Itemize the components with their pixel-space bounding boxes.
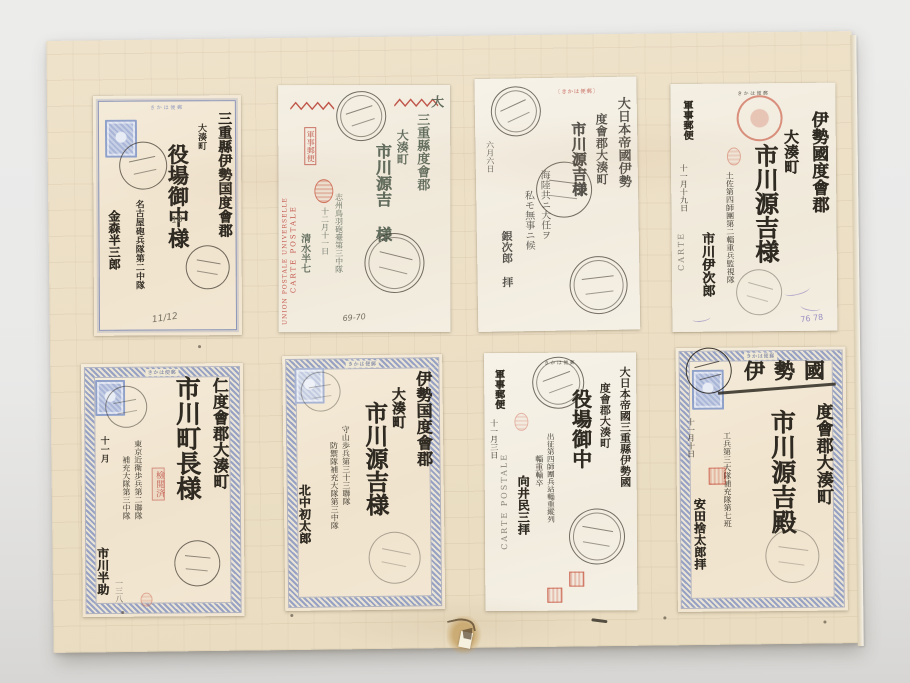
address-column: 大湊町 [196,123,205,150]
postcard-1: きかは便郵 三重縣伊勢国度會郡 大湊町 役場御中様 名古屋砲兵隊第二中隊 金森半… [93,95,242,336]
mount-dot [663,616,666,619]
photo-backdrop: きかは便郵 三重縣伊勢国度會郡 大湊町 役場御中様 名古屋砲兵隊第二中隊 金森半… [0,0,910,683]
recipient-name-column: 市川源吉様 [361,401,386,516]
address-column: 大湊町 [396,129,408,165]
address-column: 大日本帝國伊勢 [615,97,630,188]
hagaki-header-red-text: 〔きかは便郵〕 [555,86,599,95]
sender-column: 出征第四師團兵站輜重縱列 [546,433,554,523]
signature-column: 銀次郎 拝 [501,230,513,287]
postcard-4: きかは便郵 軍事郵便 伊勢國度會郡 大湊町 市川源吉様 土佐第四師團第二輜重兵監… [670,83,837,332]
sender-name-column: 向井民三拝 [517,475,530,535]
tear-mark [446,616,485,658]
pencil-note: 18 [171,215,183,226]
red-seal-icon [727,147,741,165]
postcard-7: きかは便郵 軍事郵便 十一月三日 CARTE POSTALE 大日本帝國三重縣伊… [484,352,637,611]
postmark-icon [731,264,788,321]
postcard-8: きかは便郵 伊勢國 度會郡大湊町 市川源吉殿 工兵第三大隊補充隊第七班 十一月十… [676,346,848,611]
sender-column: 補充大隊第三中隊 [122,456,131,520]
carte-postale-text: CARTE POSTALE [290,205,297,293]
note-column: 一三八 [114,579,122,603]
recipient-name-column: 役場御中様 [166,143,188,248]
ink-dash-mark [591,618,607,623]
postmark-icon [762,526,823,587]
postmark-icon [358,227,431,300]
red-seal-icon [141,593,153,607]
sender-column: 輜重輸卒 [535,455,543,487]
red-zigzag-ornament-icon [290,101,334,110]
postmark-icon [330,85,393,148]
sender-column: 守山歩兵第三十三聯隊 [341,425,350,505]
sender-column: 防禦隊補充大隊第三中隊 [329,441,338,529]
sender-name-column: 市川半助 [96,547,109,595]
address-column: 伊勢国度會郡 [414,370,431,466]
hagaki-header-text: きかは便郵 [150,103,184,111]
sender-name-column: 安田捨太郎拝 [693,498,706,570]
date-column: 十一月三日 [489,419,497,459]
mount-dot [121,611,124,614]
sender-column: 土佐第四師團第二輜重兵監視隊 [725,171,734,283]
postmark-icon [364,527,425,588]
censor-stamp: 檢閲済 [152,468,166,501]
recipient-name-column: 市川源吉様 [751,143,777,263]
date-column: 十一月 [98,436,107,463]
postcard-6: きかは便郵 伊勢国度會郡 大湊町 市川源吉様 守山歩兵第三十三聯隊 防禦隊補充大… [282,354,445,611]
address-column: 伊勢國度會郡 [808,111,826,213]
mount-dot [198,345,201,348]
carte-text: CARTE [678,232,686,271]
album-page: きかは便郵 三重縣伊勢国度會郡 大湊町 役場御中様 名古屋砲兵隊第二中隊 金森半… [46,31,858,653]
sender-column: 東京近衛歩兵第二聯隊 [133,440,142,520]
red-seal-icon [514,413,528,431]
album-page-edge [850,35,863,646]
date-column: 十一月十日 [686,418,695,458]
carte-postale-text: CARTE POSTALE [501,453,510,550]
postcard-5: きかは便郵 十一月 仁度會郡大湊町 市川町長様 檢閲済 東京近衛歩兵第二聯隊 補… [81,363,245,617]
military-mail-label: 軍事郵便 [304,127,316,165]
address-column: 仁度會郡大湊町 [211,377,228,489]
date-column: 六月六日 [485,141,494,173]
address-column: 度會郡大湊町 [599,382,611,448]
sender-column: 志州鳥羽砲臺第三中隊 [334,193,342,273]
message-column: 私モ無事ニ候 [522,190,533,250]
address-column: 大 [429,95,442,108]
address-column: 三重縣度會郡 [415,113,428,191]
red-seal-icon [569,572,584,587]
hagaki-header-text: きかは便郵 [346,360,379,368]
address-column: 大湊町 [782,129,798,174]
pencil-note: 11/12 [151,312,178,326]
address-column: 度會郡大湊町 [595,113,608,185]
red-seal-icon [547,588,562,603]
recipient-name-column: 市川源吉殿 [769,409,796,534]
military-mail-label: 軍事郵便 [680,100,691,140]
mount-dot [823,620,826,623]
postcard-2: 軍事郵便 UNION POSTALE UNIVERSELLE CARTE POS… [278,85,450,332]
purple-pencil-mark [783,283,810,298]
sender-name-column: 北中初太郎 [298,484,311,544]
mount-dot [290,614,293,617]
union-postale-text: UNION POSTALE UNIVERSELLE [282,197,288,325]
purple-pencil-mark [692,313,711,323]
red-seal-icon [314,179,333,203]
address-column: 度會郡大湊町 [813,403,831,505]
recipient-name-column: 市川町長様 [173,375,199,500]
purple-pencil-mark [800,301,821,312]
address-column: 三重縣伊勢国度會郡 [217,111,232,237]
postmark-icon [566,253,631,318]
postmark-icon [172,538,222,588]
sender-name-column: 金森半三郎 [107,210,120,270]
sender-name-column: 清水半七 [298,233,308,273]
purple-pencil-note: 76 78 [800,313,824,325]
hagaki-header-text: きかは便郵 [145,369,178,376]
hagaki-header-text: きかは便郵 [744,352,777,359]
date-column: 十二月十一日 [320,207,328,255]
postmark-icon [565,504,630,569]
military-mail-label: 軍事郵便 [492,369,502,409]
date-column: 十一月十九日 [679,164,688,212]
address-column: 大湊町 [390,387,405,429]
recipient-name-column: 市川源吉 様 [374,143,390,242]
sender-name-column: 市川伊次郎 [700,232,714,297]
postmark-icon [182,242,233,293]
pencil-note: 69-70 [342,312,366,323]
red-seal-icon [709,468,726,485]
sender-column: 名古屋砲兵隊第二中隊 [133,200,143,290]
postcard-3: 〔きかは便郵〕 六月六日 大日本帝國伊勢 度會郡大湊町 市川源吉様 海陸共ニ大任… [474,76,640,332]
red-seal-icon [736,95,782,141]
address-column: 大日本帝國三重縣伊勢國 [619,366,631,487]
postmark-icon [483,78,549,144]
